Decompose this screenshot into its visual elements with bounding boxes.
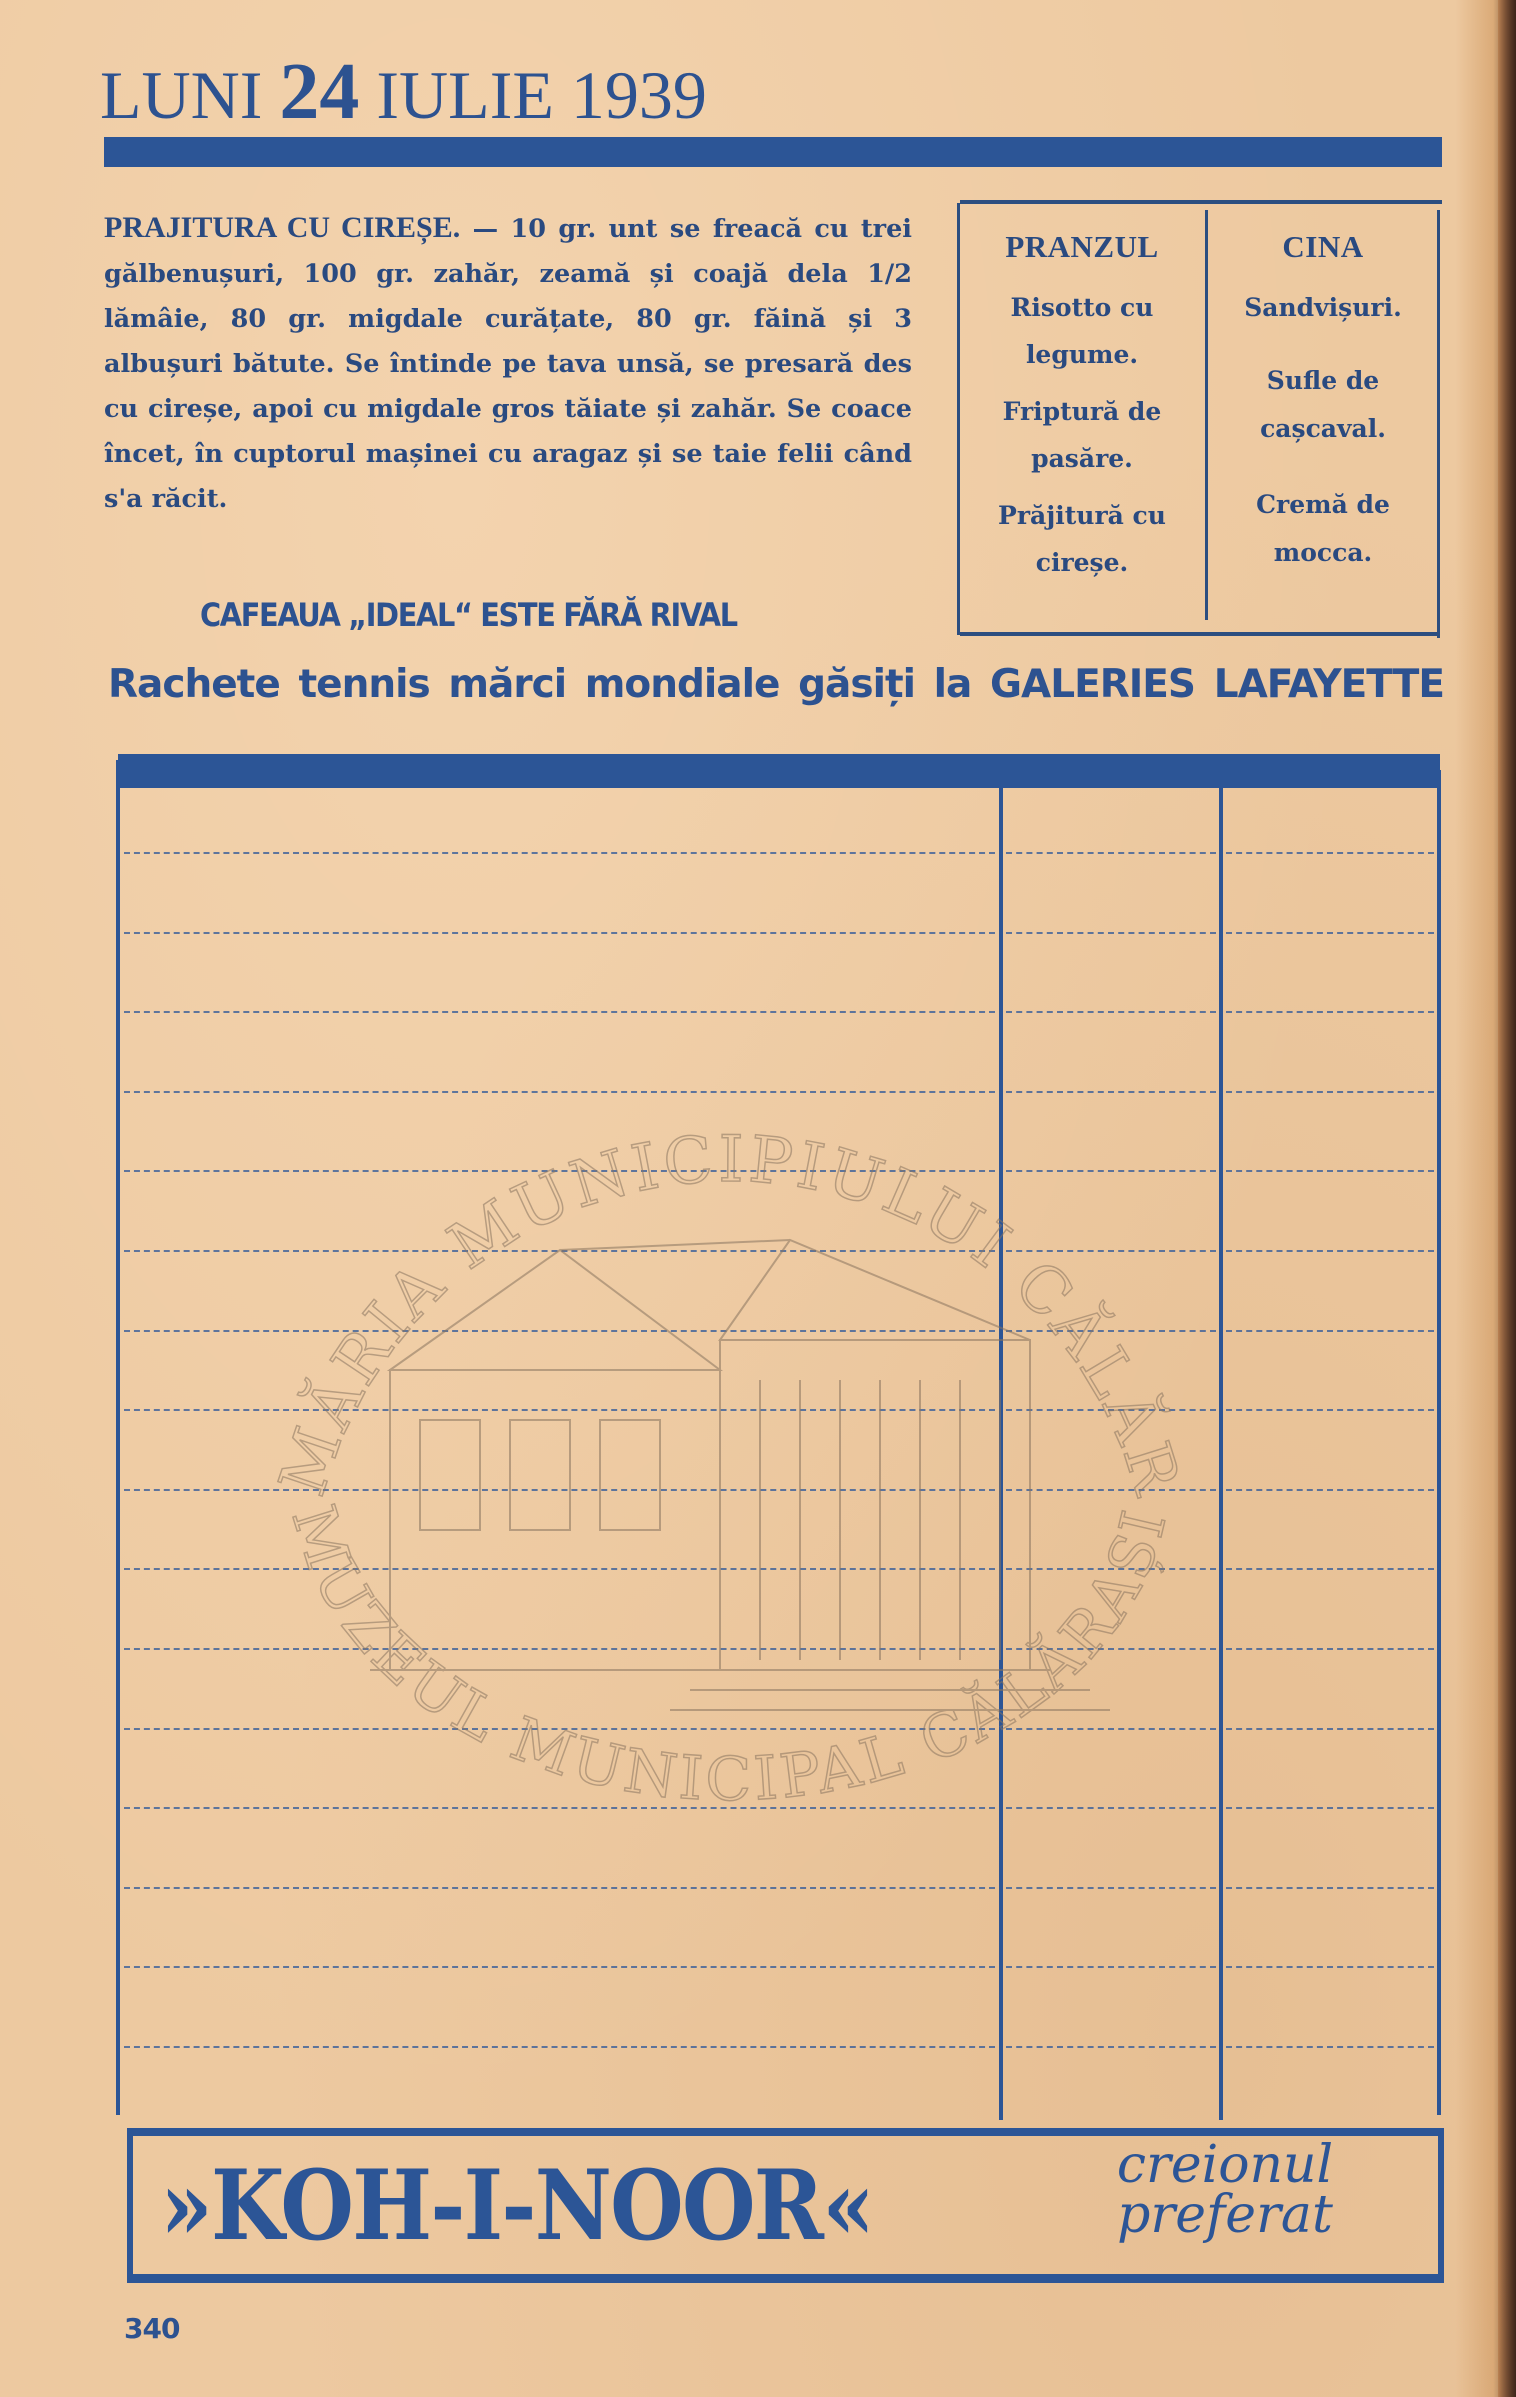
ruled-line — [124, 1966, 995, 1968]
menu-box-divider — [1205, 210, 1208, 620]
menu-box-bottom-border — [960, 632, 1440, 636]
ruled-line — [1226, 1568, 1434, 1570]
tennis-ad-word: GALERIES — [990, 662, 1195, 707]
ruled-line — [1226, 1409, 1434, 1411]
title-month: IULIE — [376, 57, 553, 133]
tennis-ad: Rachete tennis mărci mondiale găsiți la … — [108, 662, 1444, 707]
ruled-line — [1006, 2046, 1216, 2048]
ruled-line — [1226, 852, 1434, 854]
pencil-ad-brand: »KOH-I-NOOR« — [160, 2158, 873, 2254]
menu-box-right-border — [1437, 210, 1440, 638]
ruled-line — [1006, 1170, 1216, 1172]
ruled-line — [1006, 1330, 1216, 1332]
menu-lunch-column: PRANZUL Risotto cu legume. Friptură de p… — [962, 222, 1202, 596]
pencil-ad-slogan-line2: preferat — [1075, 2190, 1375, 2240]
ruled-line — [1226, 1648, 1434, 1650]
pencil-ad-slogan-line1: creionul — [1075, 2140, 1375, 2190]
ruled-line — [1006, 1091, 1216, 1093]
ruled-line — [1006, 1807, 1216, 1809]
menu-box-left-border — [957, 203, 960, 635]
tennis-ad-word: la — [934, 662, 972, 707]
tennis-ad-word: mărci — [448, 662, 566, 707]
ruled-line — [124, 1330, 995, 1332]
tennis-ad-word: tennis — [298, 662, 429, 707]
pencil-ad-slogan: creionul preferat — [1075, 2140, 1375, 2240]
ruled-line — [1226, 1011, 1434, 1013]
ruled-line — [1226, 1887, 1434, 1889]
ruled-line — [1006, 1648, 1216, 1650]
coffee-ad: CAFEAUA „IDEAL“ ESTE FĂRĂ RIVAL — [200, 596, 737, 634]
watermark-bottom-text: MUZEUL MUNICIPAL CĂLĂRAȘI — [278, 1498, 1182, 1815]
menu-box-top-border — [960, 200, 1442, 204]
ruled-line — [124, 1011, 995, 1013]
ruled-line — [124, 932, 995, 934]
ruled-line — [1226, 1250, 1434, 1252]
ruled-line — [1226, 1807, 1434, 1809]
ruled-line — [124, 1568, 995, 1570]
ruled-line — [1226, 1489, 1434, 1491]
ruled-line — [1006, 1966, 1216, 1968]
tennis-ad-word: Rachete — [108, 662, 280, 707]
ruled-line — [1226, 1170, 1434, 1172]
menu-dinner-item: Cremă de mocca. — [1210, 481, 1436, 577]
menu-lunch-item: Risotto cu legume. — [962, 284, 1202, 378]
ruled-line — [124, 1489, 995, 1491]
ruled-line — [124, 1728, 995, 1730]
ruled-line — [1226, 1966, 1434, 1968]
ruled-line — [1006, 1011, 1216, 1013]
ruled-line — [124, 1648, 995, 1650]
ruled-line — [124, 1887, 995, 1889]
watermark-top-text: PRIMĂRIA MUNICIPIULUI CĂLĂRAȘI — [230, 1040, 1194, 1506]
ruled-line — [1006, 1568, 1216, 1570]
tennis-ad-word: LAFAYETTE — [1214, 662, 1444, 707]
ruled-line — [1006, 1250, 1216, 1252]
svg-text:PRIMĂRIA MUNICIPIULUI CĂLĂRAȘI: PRIMĂRIA MUNICIPIULUI CĂLĂRAȘI — [230, 1040, 1194, 1506]
menu-dinner-item: Sufle de cașcaval. — [1210, 357, 1436, 453]
ruled-line — [124, 1409, 995, 1411]
recipe-title: PRAJITURA CU CIREȘE. — [104, 211, 460, 244]
ruled-line — [1226, 932, 1434, 934]
tennis-ad-word: mondiale — [585, 662, 780, 707]
ruled-line — [124, 2046, 995, 2048]
svg-text:MUZEUL MUNICIPAL CĂLĂRAȘI: MUZEUL MUNICIPAL CĂLĂRAȘI — [278, 1498, 1182, 1815]
recipe-text: — 10 gr. unt se freacă cu trei gălbenușu… — [104, 214, 912, 514]
menu-lunch-item: Friptură de pasăre. — [962, 388, 1202, 482]
title-divider-bar — [104, 137, 1442, 167]
title-day: LUNI — [100, 57, 262, 133]
ruled-line — [1006, 1728, 1216, 1730]
notes-table-right-border — [1437, 770, 1441, 2115]
ruled-line — [1006, 1409, 1216, 1411]
ruled-line — [1226, 1330, 1434, 1332]
menu-lunch-heading: PRANZUL — [962, 222, 1202, 284]
ruled-line — [1226, 2046, 1434, 2048]
menu-lunch-item: Prăjitură cu cireșe. — [962, 492, 1202, 586]
ruled-line — [1226, 1091, 1434, 1093]
notes-table-column-divider — [1219, 780, 1223, 2120]
ruled-line — [1006, 932, 1216, 934]
ruled-line — [124, 1807, 995, 1809]
ruled-line — [124, 1091, 995, 1093]
tennis-ad-word: găsiți — [798, 662, 915, 707]
notes-table-left-border — [116, 760, 120, 2115]
ruled-line — [1006, 1887, 1216, 1889]
ruled-line — [1226, 1728, 1434, 1730]
ruled-line — [1006, 852, 1216, 854]
page-edge — [1498, 0, 1516, 2397]
ruled-line — [1006, 1489, 1216, 1491]
menu-dinner-item: Sandvișuri. — [1210, 284, 1436, 332]
notes-table-column-divider — [999, 780, 1003, 2120]
ruled-line — [124, 1250, 995, 1252]
ruled-line — [124, 1170, 995, 1172]
notes-table-header-bar — [118, 754, 1440, 788]
ruled-line — [124, 852, 995, 854]
menu-dinner-column: CINA Sandvișuri. Sufle de cașcaval. Crem… — [1210, 222, 1436, 605]
menu-dinner-heading: CINA — [1210, 222, 1436, 284]
page-number: 340 — [124, 2312, 179, 2345]
title-year: 1939 — [571, 57, 707, 133]
title-date-number: 24 — [279, 48, 359, 136]
page-title: LUNI 24 IULIE 1939 — [100, 52, 707, 132]
recipe-block: PRAJITURA CU CIREȘE. — 10 gr. unt se fre… — [104, 205, 912, 522]
museum-stamp-watermark: PRIMĂRIA MUNICIPIULUI CĂLĂRAȘI MUZEUL MU… — [230, 1040, 1230, 1840]
